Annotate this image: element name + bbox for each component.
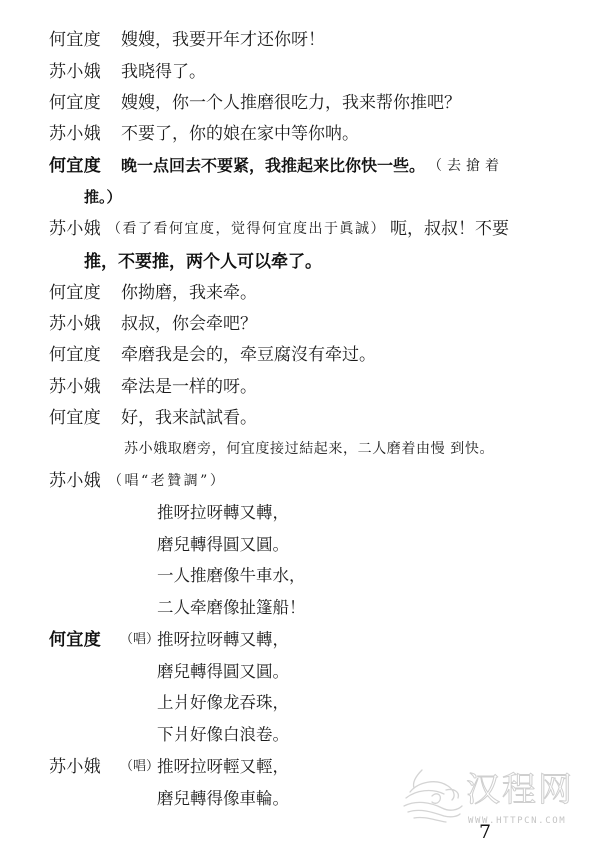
speaker-name: 何宜度 bbox=[49, 408, 101, 428]
lyric-text: 磨兒轉得像車輪。 bbox=[157, 789, 289, 809]
song-line: 磨兒轉得圓又圓。 bbox=[0, 662, 589, 682]
dialogue-line: 何宜度 牵磨我是会的，牵豆腐沒有牵过。 bbox=[0, 345, 589, 365]
dialogue-text: 晚一点回去不要紧，我推起来比你快一些。 bbox=[121, 156, 425, 176]
speaker-name: 何宜度 bbox=[49, 93, 101, 113]
dialogue-continuation: 推，不要推，两个人可以牵了。 bbox=[0, 252, 589, 272]
dialogue-text: 嫂嫂，你一个人推磨很吃力，我来帮你推吧？ bbox=[121, 93, 461, 113]
watermark-brand: 汉程网 bbox=[466, 771, 574, 809]
speaker-name: 苏小娥 bbox=[49, 219, 101, 239]
dialogue-text: 不要了，你的娘在家中等你呐。 bbox=[121, 124, 359, 144]
dialogue-text: 好，我来試試看。 bbox=[121, 408, 257, 428]
song-line: 一人推磨像牛車水， bbox=[0, 566, 589, 586]
speaker-name: 何宜度 bbox=[49, 345, 101, 365]
dialogue-line: 何宜度 你拗磨，我来牵。 bbox=[0, 283, 589, 303]
speaker-name: 苏小娥 bbox=[49, 471, 101, 491]
speaker-name: 苏小娥 bbox=[49, 377, 101, 397]
dialogue-text: 我晓得了。 bbox=[121, 62, 206, 82]
speaker-name: 苏小娥 bbox=[49, 124, 101, 144]
dialogue-line: 苏小娥 牵法是一样的呀。 bbox=[0, 377, 589, 397]
dialogue-continuation: 推。） bbox=[0, 187, 589, 207]
dialogue-text: 叔叔，你会牵吧？ bbox=[121, 314, 257, 334]
song-direction: （唱） bbox=[120, 630, 159, 650]
lyric-text: 磨兒轉得圓又圓。 bbox=[157, 535, 289, 555]
stage-direction-continuation: 推。） bbox=[84, 187, 122, 207]
dialogue-line: 苏小娥 不要了，你的娘在家中等你呐。 bbox=[0, 124, 589, 144]
song-line: 推呀拉呀轉又轉， bbox=[0, 503, 589, 523]
dialogue-line: 何宜度 嫂嫂，你一个人推磨很吃力，我来帮你推吧？ bbox=[0, 93, 589, 113]
song-line: 二人牵磨像扯篷船！ bbox=[0, 598, 589, 618]
lyric-text: 一人推磨像牛車水， bbox=[157, 566, 306, 586]
song-line: 下爿好像白浪卷。 bbox=[0, 725, 589, 745]
dialogue-text: 呃，叔叔！不要 bbox=[390, 219, 509, 239]
speaker-name: 何宜度 bbox=[49, 630, 101, 650]
dialogue-text: 嫂嫂，我要开年才还你呀！ bbox=[121, 30, 325, 50]
lyric-text: 二人牵磨像扯篷船！ bbox=[157, 598, 306, 618]
dialogue-line: 苏小娥 叔叔，你会牵吧？ bbox=[0, 314, 589, 334]
dialogue-line: 苏小娥 我晓得了。 bbox=[0, 62, 589, 82]
speaker-name: 何宜度 bbox=[49, 156, 101, 176]
song-direction: （唱“老贊調”） bbox=[108, 471, 226, 491]
stage-direction-inline: （去搶着 bbox=[428, 156, 504, 176]
speaker-name: 苏小娥 bbox=[49, 62, 101, 82]
lyric-text: 推呀拉呀轉又轉， bbox=[157, 503, 289, 523]
page-number: 7 bbox=[479, 822, 491, 842]
dialogue-line: 何宜度 晚一点回去不要紧，我推起来比你快一些。 （去搶着 bbox=[0, 156, 589, 176]
dialogue-text: 你拗磨，我来牵。 bbox=[121, 283, 257, 303]
lyric-text: 上爿好像龙吞珠， bbox=[157, 693, 289, 713]
stage-direction: 苏小娥取磨旁，何宜度接过結起来，二人磨着由慢 到快。 bbox=[0, 439, 589, 459]
lyric-text: 磨兒轉得圓又圓。 bbox=[157, 662, 289, 682]
stage-direction-text: 苏小娥取磨旁，何宜度接过結起来，二人磨着由慢 到快。 bbox=[124, 439, 494, 459]
lyric-text: 推呀拉呀轉又轉， bbox=[157, 630, 289, 650]
speaker-name: 苏小娥 bbox=[49, 757, 101, 777]
stage-direction-inline: （看了看何宜度，觉得何宜度出于眞誠） bbox=[107, 219, 386, 239]
dialogue-text: 牵法是一样的呀。 bbox=[121, 377, 257, 397]
song-header: 苏小娥 （唱“老贊調”） bbox=[0, 471, 589, 491]
speaker-name: 苏小娥 bbox=[49, 314, 101, 334]
dialogue-line: 何宜度 好，我来試試看。 bbox=[0, 408, 589, 428]
dialogue-line: 苏小娥 （看了看何宜度，觉得何宜度出于眞誠） 呃，叔叔！不要 bbox=[0, 219, 589, 239]
dialogue-text-continuation: 推，不要推，两个人可以牵了。 bbox=[84, 252, 322, 272]
lyric-text: 推呀拉呀輕又輕， bbox=[157, 757, 289, 777]
dialogue-line: 何宜度 嫂嫂，我要开年才还你呀！ bbox=[0, 30, 589, 50]
speaker-name: 何宜度 bbox=[49, 283, 101, 303]
speaker-name: 何宜度 bbox=[49, 30, 101, 50]
watermark-logo-icon bbox=[402, 766, 464, 824]
script-page: 何宜度 嫂嫂，我要开年才还你呀！ 苏小娥 我晓得了。 何宜度 嫂嫂，你一个人推磨… bbox=[0, 0, 589, 848]
song-direction: （唱） bbox=[120, 757, 159, 777]
song-line: 上爿好像龙吞珠， bbox=[0, 693, 589, 713]
dialogue-text: 牵磨我是会的，牵豆腐沒有牵过。 bbox=[121, 345, 376, 365]
song-header: 何宜度 （唱） 推呀拉呀轉又轉， bbox=[0, 630, 589, 650]
lyric-text: 下爿好像白浪卷。 bbox=[157, 725, 289, 745]
song-line: 磨兒轉得圓又圓。 bbox=[0, 535, 589, 555]
